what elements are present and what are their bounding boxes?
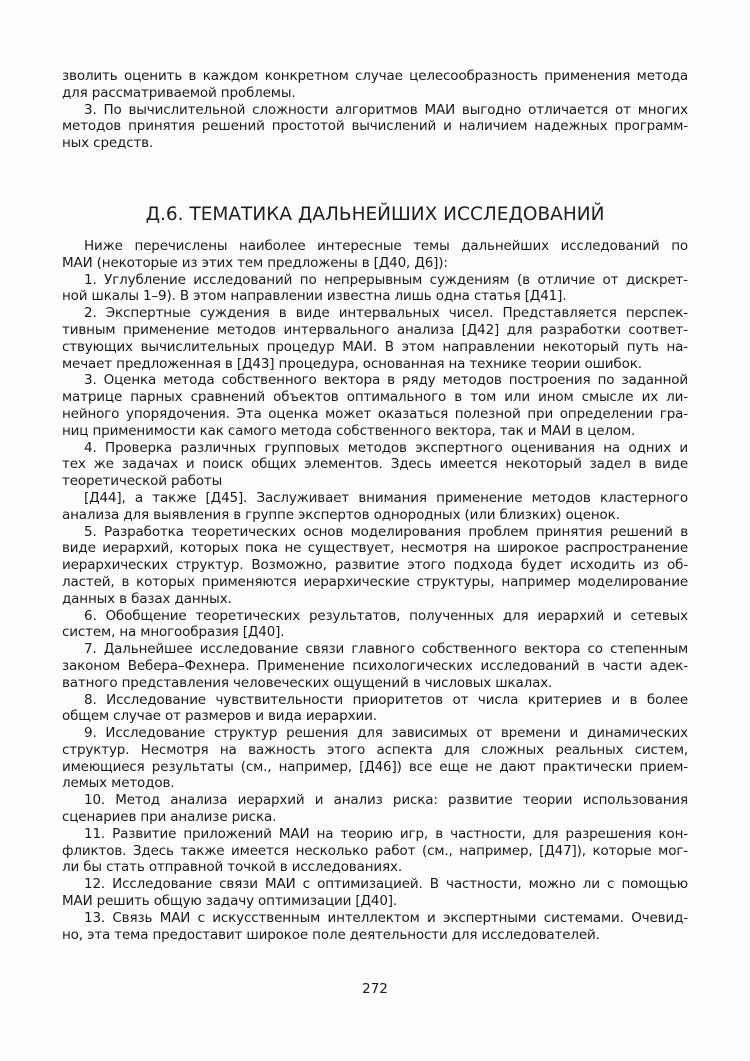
paragraph-line: 3. По вычислительной сложности алгоритмо… [62, 102, 688, 119]
body-paragraph: 4. Проверка различных групповых методов … [62, 440, 688, 490]
body-paragraph: зволить оценить в каждом конкретном случ… [62, 68, 688, 102]
paragraph-line: структур. Несмотря на важность этого асп… [62, 742, 688, 759]
paragraph-line: 11. Развитие приложений МАИ на теорию иг… [62, 826, 688, 843]
paragraph-line: 12. Исследование связи МАИ с оптимизацие… [62, 876, 688, 893]
paragraph-line: ли бы стать отправной точкой в исследова… [62, 859, 688, 876]
paragraph-line: 7. Дальнейшее исследование связи главног… [62, 641, 688, 658]
paragraph-line: методов принятия решений простотой вычис… [62, 118, 688, 135]
body-paragraph: 12. Исследование связи МАИ с оптимизацие… [62, 876, 688, 910]
body-paragraph: 9. Исследование структур решения для зав… [62, 725, 688, 792]
paragraph-line: ластей, в которых применяются иерархичес… [62, 574, 688, 591]
paragraph-line: тех же задачах и поиск общих элементов. … [62, 456, 688, 473]
paragraph-line: МАИ (некоторые из этих тем предложены в … [62, 255, 688, 272]
body-paragraph: 3. Оценка метода собственного вектора в … [62, 372, 688, 439]
body-paragraph: 2. Экспертные суждения в виде интервальн… [62, 305, 688, 372]
paragraph-line: лемых методов. [62, 775, 688, 792]
body-paragraph: 1. Углубление исследований по непрерывны… [62, 272, 688, 306]
paragraph-line: тивным применение методов интервального … [62, 322, 688, 339]
paragraph-line: данных в базах данных. [62, 591, 688, 608]
paragraph-line: но, эта тема предоставит широкое поле де… [62, 927, 688, 944]
body-paragraph: 10. Метод анализа иерархий и анализ риск… [62, 792, 688, 826]
paragraph-line: ватного представления человеческих ощуще… [62, 675, 688, 692]
paragraph-line: 6. Обобщение теоретических результатов, … [62, 608, 688, 625]
paragraph-line: анализа для выявления в группе экспертов… [62, 507, 688, 524]
page-number: 272 [0, 981, 750, 998]
paragraph-line: ниц применимости как самого метода собст… [62, 423, 688, 440]
body-paragraph: 5. Разработка теоретических основ модели… [62, 524, 688, 608]
paragraph-line: иерархических структур. Возможно, развит… [62, 557, 688, 574]
paragraph-line: общем случае от размеров и вида иерархии… [62, 708, 688, 725]
paragraph-line: 8. Исследование чувствительности приорит… [62, 692, 688, 709]
paragraph-line: теоретической работы [62, 473, 688, 490]
body-paragraph: 6. Обобщение теоретических результатов, … [62, 608, 688, 642]
paragraph-line: Ниже перечислены наиболее интересные тем… [62, 238, 688, 255]
paragraph-line: 9. Исследование структур решения для зав… [62, 725, 688, 742]
body-paragraph: 8. Исследование чувствительности приорит… [62, 692, 688, 726]
paragraph-line: [Д44], а также [Д45]. Заслуживает вниман… [62, 490, 688, 507]
paragraph-line: фликтов. Здесь также имеется несколько р… [62, 843, 688, 860]
paragraph-line: законом Вебера–Фехнера. Применение психо… [62, 658, 688, 675]
body-paragraph: 13. Связь МАИ с искусственным интеллекто… [62, 910, 688, 944]
paragraph-line: 4. Проверка различных групповых методов … [62, 440, 688, 457]
paragraph-line: матрице парных сравнений объектов оптима… [62, 389, 688, 406]
paragraph-line: ных средств. [62, 135, 688, 152]
paragraph-line: МАИ решить общую задачу оптимизации [Д40… [62, 893, 688, 910]
body-paragraph: 11. Развитие приложений МАИ на теорию иг… [62, 826, 688, 876]
paragraph-line: 2. Экспертные суждения в виде интервальн… [62, 305, 688, 322]
page-body-text: зволить оценить в каждом конкретном случ… [62, 68, 688, 943]
paragraph-line: сценариев при анализе риска. [62, 809, 688, 826]
paragraph-line: 3. Оценка метода собственного вектора в … [62, 372, 688, 389]
body-paragraph: 3. По вычислительной сложности алгоритмо… [62, 102, 688, 152]
body-paragraph: [Д44], а также [Д45]. Заслуживает вниман… [62, 490, 688, 524]
paragraph-line: систем, на многообразия [Д40]. [62, 624, 688, 641]
paragraph-line: 13. Связь МАИ с искусственным интеллекто… [62, 910, 688, 927]
section-heading: Д.6. ТЕМАТИКА ДАЛЬНЕЙШИХ ИССЛЕДОВАНИЙ [62, 205, 688, 225]
document-page: зволить оценить в каждом конкретном случ… [0, 0, 750, 1061]
paragraph-line: зволить оценить в каждом конкретном случ… [62, 68, 688, 85]
paragraph-line: 10. Метод анализа иерархий и анализ риск… [62, 792, 688, 809]
paragraph-line: 5. Разработка теоретических основ модели… [62, 524, 688, 541]
body-paragraph: 7. Дальнейшее исследование связи главног… [62, 641, 688, 691]
paragraph-line: 1. Углубление исследований по непрерывны… [62, 272, 688, 289]
paragraph-line: ствующих вычислительных процедур МАИ. В … [62, 339, 688, 356]
paragraph-line: нейного упорядочения. Эта оценка может о… [62, 406, 688, 423]
paragraph-line: ной шкалы 1–9). В этом направлении извес… [62, 288, 688, 305]
paragraph-line: виде иерархий, которых пока не существуе… [62, 540, 688, 557]
paragraph-line: мечает предложенная в [Д43] процедура, о… [62, 356, 688, 373]
paragraph-line: имеющиеся результаты (см., например, [Д4… [62, 759, 688, 776]
paragraph-line: для рассматриваемой проблемы. [62, 85, 688, 102]
body-paragraph: Ниже перечислены наиболее интересные тем… [62, 238, 688, 272]
